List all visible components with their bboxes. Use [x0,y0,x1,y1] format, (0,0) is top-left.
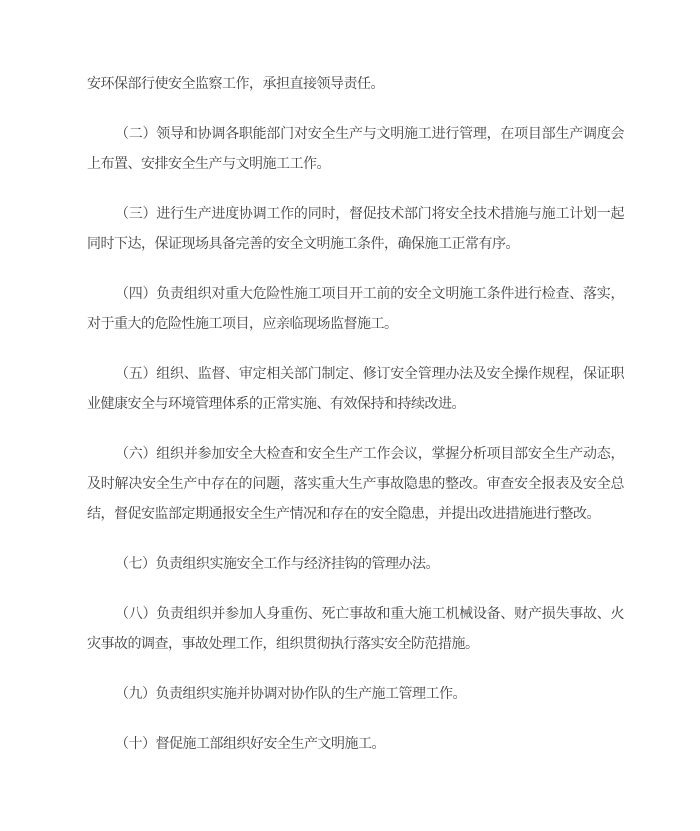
text-line: 上布置、安排安全生产与文明施工工作。 [87,148,624,178]
text-line: （六）组织并参加安全大检查和安全生产工作会议，掌握分析项目部安全生产动态， [87,438,624,468]
paragraph: （三）进行生产进度协调工作的同时，督促技术部门将安全技术措施与施工计划一起同时下… [87,198,624,258]
text-line: 业健康安全与环境管理体系的正常实施、有效保持和持续改进。 [87,388,624,418]
paragraph: （二）领导和协调各职能部门对安全生产与文明施工进行管理，在项目部生产调度会上布置… [87,118,624,178]
document-page: 安环保部行使安全监察工作，承担直接领导责任。（二）领导和协调各职能部门对安全生产… [0,0,700,831]
text-line: 灾事故的调查，事故处理工作，组织贯彻执行落实安全防范措施。 [87,628,624,658]
text-line: （四）负责组织对重大危险性施工项目开工前的安全文明施工条件进行检查、落实， [87,278,624,308]
text-line: 同时下达，保证现场具备完善的安全文明施工条件，确保施工正常有序。 [87,228,624,258]
text-line: （二）领导和协调各职能部门对安全生产与文明施工进行管理，在项目部生产调度会 [87,118,624,148]
paragraph: （八）负责组织并参加人身重伤、死亡事故和重大施工机械设备、财产损失事故、火灾事故… [87,598,624,658]
text-line: （八）负责组织并参加人身重伤、死亡事故和重大施工机械设备、财产损失事故、火 [87,598,624,628]
text-line: （三）进行生产进度协调工作的同时，督促技术部门将安全技术措施与施工计划一起 [87,198,624,228]
text-line: 结，督促安监部定期通报安全生产情况和存在的安全隐患，并提出改进措施进行整改。 [87,498,624,528]
paragraph: 安环保部行使安全监察工作，承担直接领导责任。 [87,68,624,98]
paragraph: （七）负责组织实施安全工作与经济挂钩的管理办法。 [87,548,624,578]
text-line: （七）负责组织实施安全工作与经济挂钩的管理办法。 [87,548,624,578]
paragraph: （六）组织并参加安全大检查和安全生产工作会议，掌握分析项目部安全生产动态，及时解… [87,438,624,528]
text-line: 安环保部行使安全监察工作，承担直接领导责任。 [87,68,624,98]
paragraph: （十）督促施工部组织好安全生产文明施工。 [87,728,624,758]
text-line: （五）组织、监督、审定相关部门制定、修订安全管理办法及安全操作规程，保证职 [87,358,624,388]
paragraph: （五）组织、监督、审定相关部门制定、修订安全管理办法及安全操作规程，保证职业健康… [87,358,624,418]
text-line: 对于重大的危险性施工项目，应亲临现场监督施工。 [87,308,624,338]
text-line: 及时解决安全生产中存在的问题，落实重大生产事故隐患的整改。审查安全报表及安全总 [87,468,624,498]
document-body: 安环保部行使安全监察工作，承担直接领导责任。（二）领导和协调各职能部门对安全生产… [87,68,624,758]
paragraph: （九）负责组织实施并协调对协作队的生产施工管理工作。 [87,678,624,708]
text-line: （十）督促施工部组织好安全生产文明施工。 [87,728,624,758]
paragraph: （四）负责组织对重大危险性施工项目开工前的安全文明施工条件进行检查、落实，对于重… [87,278,624,338]
text-line: （九）负责组织实施并协调对协作队的生产施工管理工作。 [87,678,624,708]
